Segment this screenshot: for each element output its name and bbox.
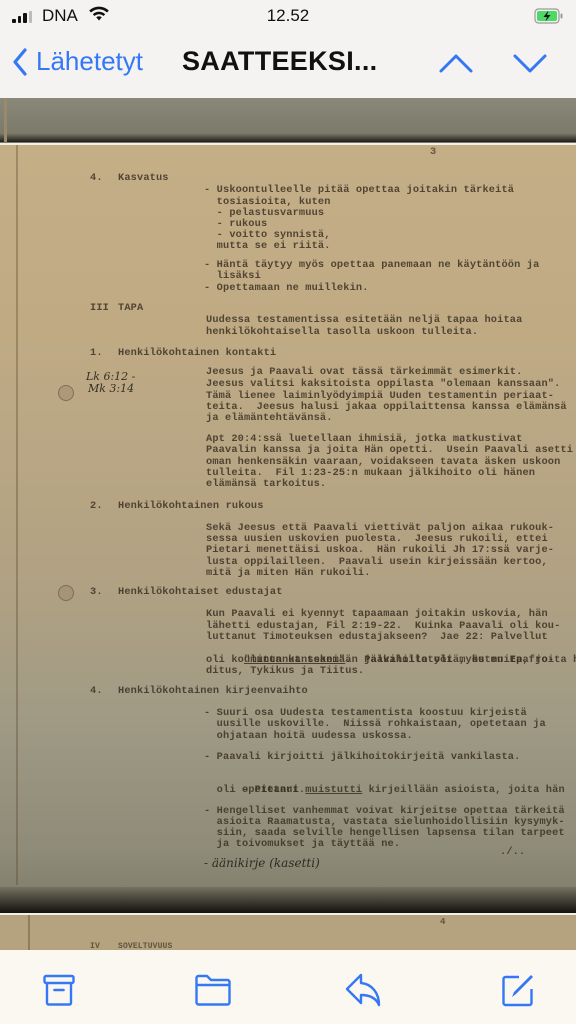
text-line: uusille uskoville. Niissä rohkaistaan, o… — [204, 719, 546, 731]
text-line: mutta se ei riitä. — [204, 241, 331, 253]
text-line: Paavalin kanssa ja joita Hän opetti. Use… — [206, 445, 573, 457]
section-title: SOVELTUVUUS — [118, 941, 172, 950]
punch-hole — [58, 385, 74, 401]
text-line: henkilökohtaisella tasolla uskoon tullei… — [206, 327, 478, 339]
text-line: - Opettamaan ne muillekin. — [204, 283, 369, 295]
text-line: Uudessa testamentissa esitetään neljä ta… — [206, 315, 522, 327]
text-line: elämänsä tarkoitus. — [206, 479, 326, 491]
navigation-bar: Lähetetyt SAATTEEKSI... — [0, 34, 576, 98]
text-line: - Paavali kirjoitti jälkihoitokirjeitä v… — [204, 752, 520, 764]
text-line: oli opettanut. — [204, 785, 305, 797]
archive-button[interactable] — [37, 968, 81, 1012]
text-line: ja toivomukset ja täyttää ne. — [204, 839, 400, 851]
page-number: 3 — [430, 147, 436, 159]
attachment-image[interactable]: 3 4. Kasvatus - Uskoontulleelle pitää op… — [0, 98, 576, 950]
item-number: 4. — [90, 686, 103, 698]
next-message-button[interactable] — [512, 52, 548, 79]
item-number: 2. — [90, 501, 103, 513]
item-title: Henkilökohtainen kirjeenvaihto — [118, 686, 308, 698]
move-to-folder-button[interactable] — [191, 968, 235, 1012]
text-line: luttanut Timoteuksen edustajakseen? Jae … — [206, 632, 548, 644]
item-title: Henkilökohtaiset edustajat — [118, 587, 283, 599]
battery-charging-icon — [534, 8, 564, 29]
text-line: ditus, Tykikus ja Tiitus. — [206, 666, 364, 678]
item-title: Henkilökohtainen rukous — [118, 501, 264, 513]
text-line: Jeesus ja Paavali ovat tässä tärkeimmät … — [206, 367, 522, 379]
text-line: ohjataan hoitä uudessa uskossa. — [204, 731, 413, 743]
handwritten-note: - äänikirje (kasetti) — [204, 856, 320, 870]
punch-hole — [58, 585, 74, 601]
folder-icon — [193, 972, 233, 1008]
section-title: Kasvatus — [118, 173, 169, 185]
handwritten-margin-note: Mk 3:14 — [88, 382, 134, 395]
chevron-left-icon — [12, 48, 28, 76]
compose-button[interactable] — [496, 968, 540, 1012]
reply-arrow-icon — [344, 972, 384, 1008]
clock: 12.52 — [0, 6, 576, 26]
item-title: Henkilökohtainen kontakti — [118, 348, 276, 360]
item-number: 1. — [90, 348, 103, 360]
text-line: ja elämäntehtävänsä. — [206, 413, 333, 425]
previous-page-photo — [0, 98, 576, 142]
document-page-4: 4 IV SOVELTUVUUS — [0, 915, 576, 950]
reply-button[interactable] — [342, 968, 386, 1012]
chevron-up-icon — [438, 52, 474, 74]
status-bar: DNA 12.52 — [0, 0, 576, 34]
item-number: 3. — [90, 587, 103, 599]
text-line: Jeesus valitsi kaksitoista oppilasta "ol… — [206, 379, 560, 391]
text-line: Pietari menettäisi uskoa. Hän rukoili Jh… — [206, 545, 554, 557]
back-button-label: Lähetetyt — [36, 46, 143, 77]
back-button[interactable]: Lähetetyt — [12, 46, 143, 77]
text-line: Kun Paavali ei kyennyt tapaamaan joitaki… — [206, 609, 548, 621]
underlined-word: muistutti — [305, 784, 362, 796]
text-line: lisäksi — [204, 271, 261, 283]
section-number: III — [90, 303, 109, 315]
compose-pencil-icon — [499, 971, 537, 1009]
document-page-3: 3 4. Kasvatus - Uskoontulleelle pitää op… — [0, 145, 576, 913]
page-number: 4 — [440, 917, 446, 929]
message-subject-title: SAATTEEKSI... — [182, 46, 377, 77]
continuation-mark: ./.. — [500, 847, 525, 859]
text-line: kirjeillään asioista, joita hän — [362, 784, 565, 796]
text-line: mitä ja miten Hän rukoili. — [206, 568, 371, 580]
section-number: 4. — [90, 173, 103, 185]
previous-message-button[interactable] — [438, 52, 474, 79]
section-number: IV — [90, 941, 100, 950]
text-line: - Uskoontulleelle pitää opettaa joitakin… — [204, 185, 514, 197]
section-title: TAPA — [118, 303, 143, 315]
chevron-down-icon — [512, 52, 548, 74]
bottom-toolbar — [0, 950, 576, 1024]
archive-box-icon — [41, 972, 77, 1008]
